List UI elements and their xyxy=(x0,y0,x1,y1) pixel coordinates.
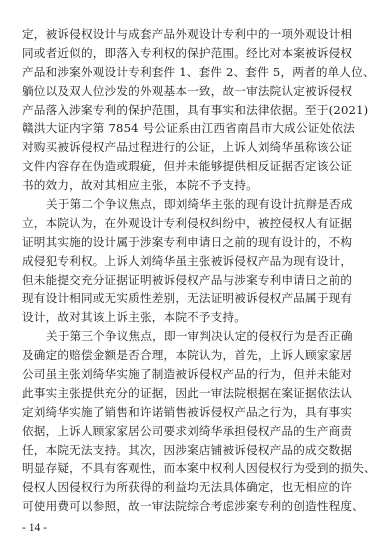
text-line: 任，本院无法支持。其次，因涉案店铺被诉侵权产品的成交数据 xyxy=(22,441,345,460)
text-line: 及确定的赔偿金额是否合理，本院认为，首先，上诉人顾家家居 xyxy=(22,346,345,365)
text-line: 成侵犯专利权。上诉人刘绮华虽主张被诉侵权产品为现有设计， xyxy=(22,252,345,271)
text-line: 定，被诉侵权设计与成套产品外观设计专利中的一项外观设计相 xyxy=(22,25,345,44)
text-line: 明显存疑，不具有客观性，而本案中权利人因侵权行为受到的损失、 xyxy=(22,459,345,478)
body-text: 定，被诉侵权设计与成套产品外观设计专利中的一项外观设计相同或者近似的，即落入专利… xyxy=(22,25,345,516)
document-page: 定，被诉侵权设计与成套产品外观设计专利中的一项外观设计相同或者近似的，即落入专利… xyxy=(0,0,382,548)
text-line: 定刘绮华实施了销售和许诺销售被诉侵权产品之行为，具有事实 xyxy=(22,403,345,422)
text-line: 产品落入涉案专利的保护范围，具有事实和法律依据。至于(2021) xyxy=(22,101,345,120)
text-line: 对购买被诉侵权产品过程进行的公证，上诉人刘绮华虽称该公证 xyxy=(22,138,345,157)
text-line: 现有设计相同或无实质性差别，无法证明被诉侵权产品属于现有 xyxy=(22,289,345,308)
text-line: 躺位以及双人位沙发的外观基本一致，故一审法院认定被诉侵权 xyxy=(22,82,345,101)
text-line: 立，本院认为，在外观设计专利侵权纠纷中，被控侵权人有证据 xyxy=(22,214,345,233)
text-line: 文件内容存在伪造或瑕疵，但并未能够提供相反证据否定该公证 xyxy=(22,157,345,176)
text-line: 侵权人因侵权行为所获得的利益均无法具体确定，也无相应的许 xyxy=(22,478,345,497)
page-number: - 14 - xyxy=(22,520,47,536)
text-line: 设计，故对其该上诉主张，本院不予支持。 xyxy=(22,308,345,327)
text-line: 同或者近似的，即落入专利权的保护范围。经比对本案被诉侵权 xyxy=(22,44,345,63)
text-line: 可使用费可以参照，故一审法院综合考虑涉案专利的创造性程度、 xyxy=(22,497,345,516)
text-line: 证明其实施的设计属于涉案专利申请日之前的现有设计的，不构 xyxy=(22,233,345,252)
paragraph-first-line: 关于第二个争议焦点，即刘绮华主张的现有设计抗辩是否成 xyxy=(22,195,345,214)
text-line: 书的效力，故对其相应主张，本院不予支持。 xyxy=(22,176,345,195)
text-line: 公司虽主张刘绮华实施了制造被诉侵权产品的行为，但并未能对 xyxy=(22,365,345,384)
text-line: 产品和涉案外观设计专利套件 1、套件 2、套件 5，两者的单人位、 xyxy=(22,63,345,82)
text-line: 此事实主张提供充分的证据，因此一审法院根据在案证据依法认 xyxy=(22,384,345,403)
text-line: 但未能提交充分证据证明被诉侵权产品与涉案专利申请日之前的 xyxy=(22,271,345,290)
paragraph-first-line: 关于第三个争议焦点，即一审判决认定的侵权行为是否正确 xyxy=(22,327,345,346)
text-line: 赣洪大证内字第 7854 号公证系由江西省南昌市大成公证处依法 xyxy=(22,119,345,138)
text-line: 依据，上诉人顾家家居公司要求刘绮华承担侵权产品的生产商责 xyxy=(22,422,345,441)
